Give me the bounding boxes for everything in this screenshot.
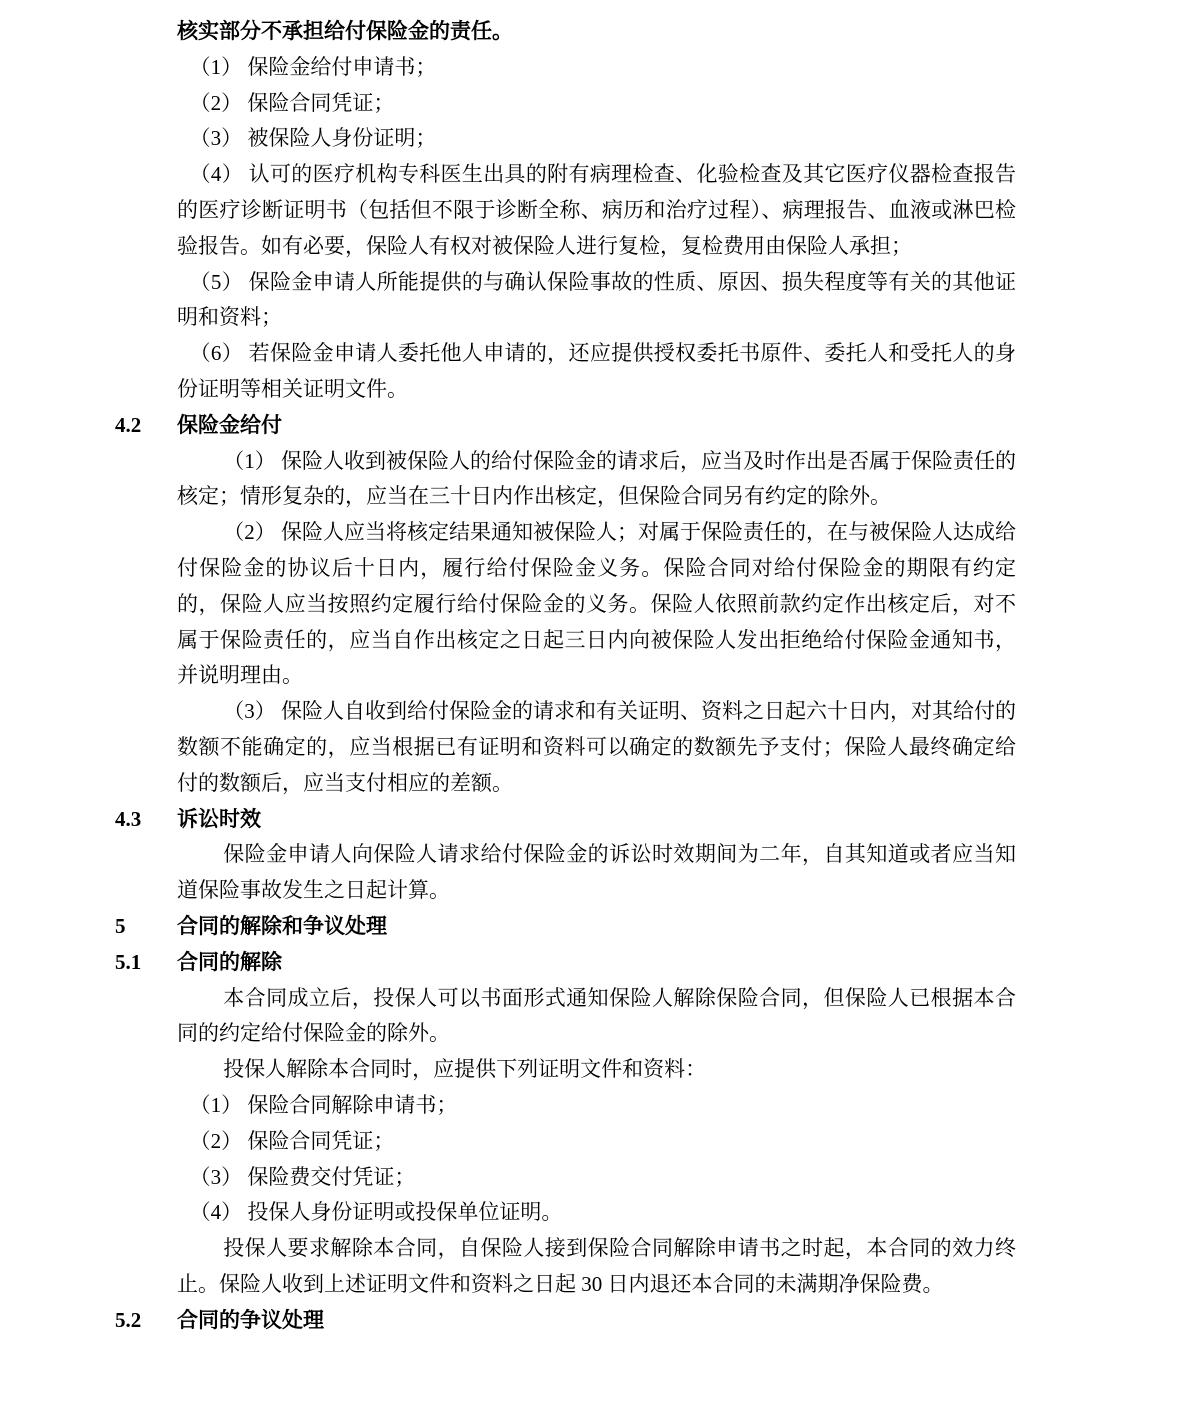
paragraph: （1） 保险人收到被保险人的给付保险金的请求后，应当及时作出是否属于保险责任的核… — [177, 444, 1016, 516]
list-item: （1） 保险合同解除申请书； — [177, 1088, 1016, 1124]
section-number: 5.2 — [115, 1303, 177, 1339]
section-title: 合同的解除和争议处理 — [177, 915, 387, 938]
paragraph: 本合同成立后，投保人可以书面形式通知保险人解除保险合同，但保险人已根据本合同的约… — [177, 981, 1016, 1053]
section-heading-4-3: 4.3诉讼时效 — [177, 802, 1016, 838]
section-heading-4-2: 4.2保险金给付 — [177, 408, 1016, 444]
section-title: 合同的争议处理 — [177, 1309, 324, 1332]
document-page: 核实部分不承担给付保险金的责任。 （1） 保险金给付申请书； （2） 保险合同凭… — [0, 0, 1190, 1425]
list-item: （2） 保险合同凭证； — [177, 86, 1016, 122]
list-item: （5） 保险金申请人所能提供的与确认保险事故的性质、原因、损失程度等有关的其他证… — [177, 265, 1016, 337]
section-number: 4.3 — [115, 802, 177, 838]
section-title: 诉讼时效 — [177, 808, 261, 831]
section-number: 4.2 — [115, 408, 177, 444]
paragraph: （3） 保险人自收到给付保险金的请求和有关证明、资料之日起六十日内，对其给付的数… — [177, 694, 1016, 801]
section-title: 保险金给付 — [177, 414, 282, 437]
section-heading-5-1: 5.1合同的解除 — [177, 945, 1016, 981]
paragraph: （2） 保险人应当将核定结果通知被保险人；对属于保险责任的，在与被保险人达成给付… — [177, 515, 1016, 694]
bold-run-on-paragraph: 核实部分不承担给付保险金的责任。 — [177, 14, 1016, 50]
section-number: 5.1 — [115, 945, 177, 981]
list-item: （3） 被保险人身份证明； — [177, 121, 1016, 157]
list-item: （3） 保险费交付凭证； — [177, 1160, 1016, 1196]
paragraph: 投保人解除本合同时，应提供下列证明文件和资料： — [177, 1052, 1016, 1088]
paragraph: 保险金申请人向保险人请求给付保险金的诉讼时效期间为二年，自其知道或者应当知道保险… — [177, 837, 1016, 909]
section-heading-5-2: 5.2合同的争议处理 — [177, 1303, 1016, 1339]
list-item: （4） 认可的医疗机构专科医生出具的附有病理检查、化验检查及其它医疗仪器检查报告… — [177, 157, 1016, 264]
list-item: （2） 保险合同凭证； — [177, 1124, 1016, 1160]
list-item: （4） 投保人身份证明或投保单位证明。 — [177, 1195, 1016, 1231]
section-number: 5 — [115, 909, 177, 945]
list-item: （1） 保险金给付申请书； — [177, 50, 1016, 86]
list-item: （6） 若保险金申请人委托他人申请的，还应提供授权委托书原件、委托人和受托人的身… — [177, 336, 1016, 408]
paragraph: 投保人要求解除本合同，自保险人接到保险合同解除申请书之时起，本合同的效力终止。保… — [177, 1231, 1016, 1303]
section-heading-5: 5合同的解除和争议处理 — [177, 909, 1016, 945]
section-title: 合同的解除 — [177, 951, 282, 974]
